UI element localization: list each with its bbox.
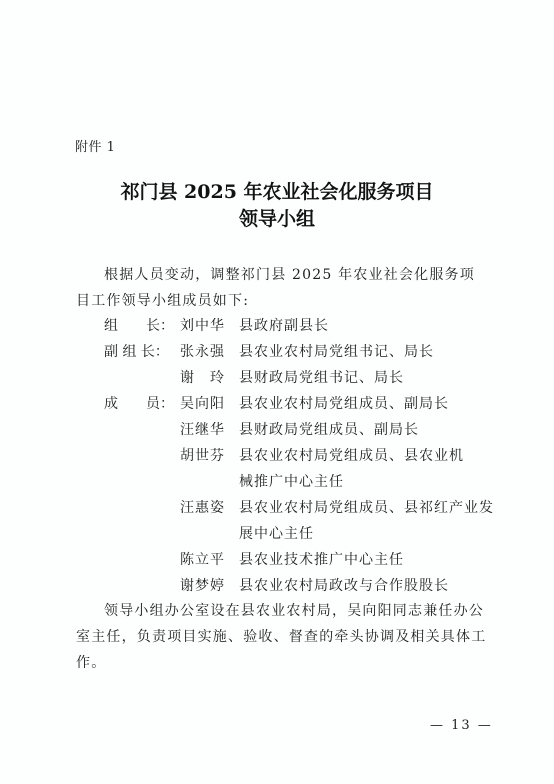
member-name: 吴向阳 <box>180 391 236 417</box>
member-title: 县农业农村局党组成员、县祁红产业发 <box>239 495 494 521</box>
member-title: 县政府副县长 <box>239 313 329 339</box>
closing-paragraph: 领导小组办公室设在县农业农村局，吴向阳同志兼任办公室主任，负责项目实施、验收、督… <box>76 598 488 676</box>
member-title: 县农业农村局党组成员、县农业机 <box>239 443 464 469</box>
member-title-continuation: 展中心主任 <box>239 521 314 547</box>
member-name: 汪惠姿 <box>180 495 236 521</box>
member-title: 县财政局党组书记、局长 <box>239 365 404 391</box>
member-name: 刘中华 <box>180 313 236 339</box>
member-name: 谢梦婷 <box>180 573 236 599</box>
document-subtitle: 领导小组 <box>0 204 554 231</box>
intro-paragraph: 根据人员变动，调整祁门县 2025 年农业社会化服务项目工作领导小组成员如下: <box>76 262 488 314</box>
document-title: 祁门县 2025 年农业社会化服务项目 <box>0 177 554 204</box>
member-name: 胡世芬 <box>180 443 236 469</box>
page-number: — 13 — <box>430 718 493 733</box>
document-page: 附件 1 祁门县 2025 年农业社会化服务项目 领导小组 根据人员变动，调整祁… <box>0 0 554 784</box>
member-title: 县农业农村局党组成员、副局长 <box>239 391 449 417</box>
member-name: 陈立平 <box>180 547 236 573</box>
member-role: 副 组 长： <box>104 339 180 365</box>
attachment-label: 附件 1 <box>75 136 115 155</box>
member-role: 成 员： <box>104 391 180 417</box>
member-title: 县财政局党组成员、副局长 <box>239 417 419 443</box>
member-title: 县农业农村局党组书记、局长 <box>239 339 434 365</box>
member-name: 汪继华 <box>180 417 236 443</box>
member-title-continuation: 械推广中心主任 <box>239 469 344 495</box>
member-role: 组 长： <box>104 313 180 339</box>
member-title: 县农业农村局政改与合作股股长 <box>239 573 449 599</box>
member-title: 县农业技术推广中心主任 <box>239 547 404 573</box>
member-name: 张永强 <box>180 339 236 365</box>
member-name: 谢 玲 <box>180 365 236 391</box>
